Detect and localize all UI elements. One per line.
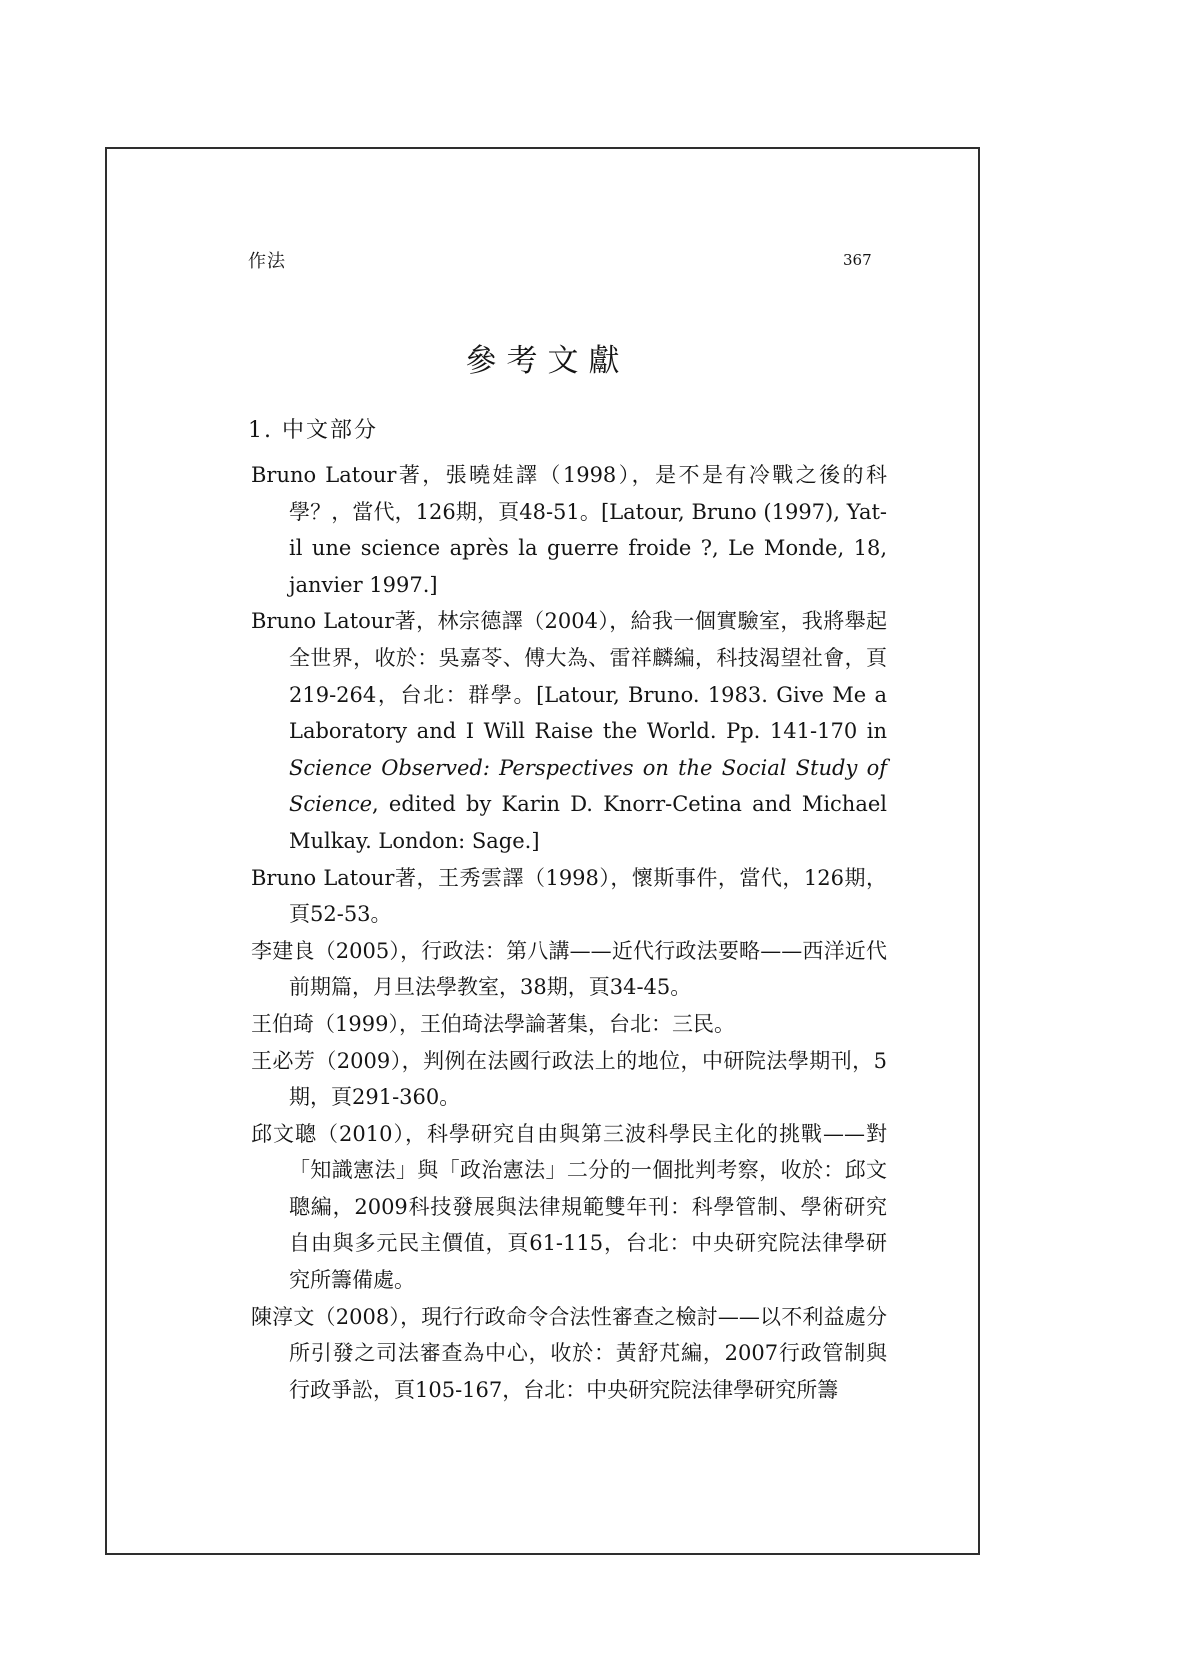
reference-entry: 邱文聰（2010），科學研究自由與第三波科學民主化的挑戰——對「知識憲法」與「政… (251, 1116, 887, 1299)
reference-entry: Bruno Latour著，張曉娃譯（1998），是不是有冷戰之後的科學？，當代… (251, 457, 887, 603)
running-header: 作法 (248, 247, 286, 273)
page-number: 367 (843, 251, 872, 269)
reference-entry: Bruno Latour著，林宗德譯（2004），給我一個實驗室，我將舉起全世界… (251, 603, 887, 859)
section-heading: 1. 中文部分 (248, 413, 378, 444)
reference-entry: 王必芳（2009），判例在法國行政法上的地位，中研院法學期刊，5期，頁291-3… (251, 1043, 887, 1116)
reference-entry: 李建良（2005），行政法：第八講——近代行政法要略——西洋近代前期篇，月旦法學… (251, 933, 887, 1006)
reference-text: , edited by Karin D. Knorr-Cetina and Mi… (289, 792, 887, 853)
reference-entry: 王伯琦（1999），王伯琦法學論著集，台北：三民。 (251, 1006, 887, 1043)
reference-entry: 陳淳文（2008），現行行政命令合法性審查之檢討——以不利益處分所引發之司法審查… (251, 1299, 887, 1409)
page-frame: 作法 367 參考文獻 1. 中文部分 Bruno Latour著，張曉娃譯（1… (105, 147, 980, 1555)
reference-list: Bruno Latour著，張曉娃譯（1998），是不是有冷戰之後的科學？，當代… (251, 457, 887, 1408)
reference-entry: Bruno Latour著，王秀雲譯（1998），懷斯事件，當代，126期，頁5… (251, 860, 887, 933)
reference-text: Bruno Latour著，林宗德譯（2004），給我一個實驗室，我將舉起全世界… (251, 609, 887, 743)
page-title: 參考文獻 (107, 335, 978, 380)
